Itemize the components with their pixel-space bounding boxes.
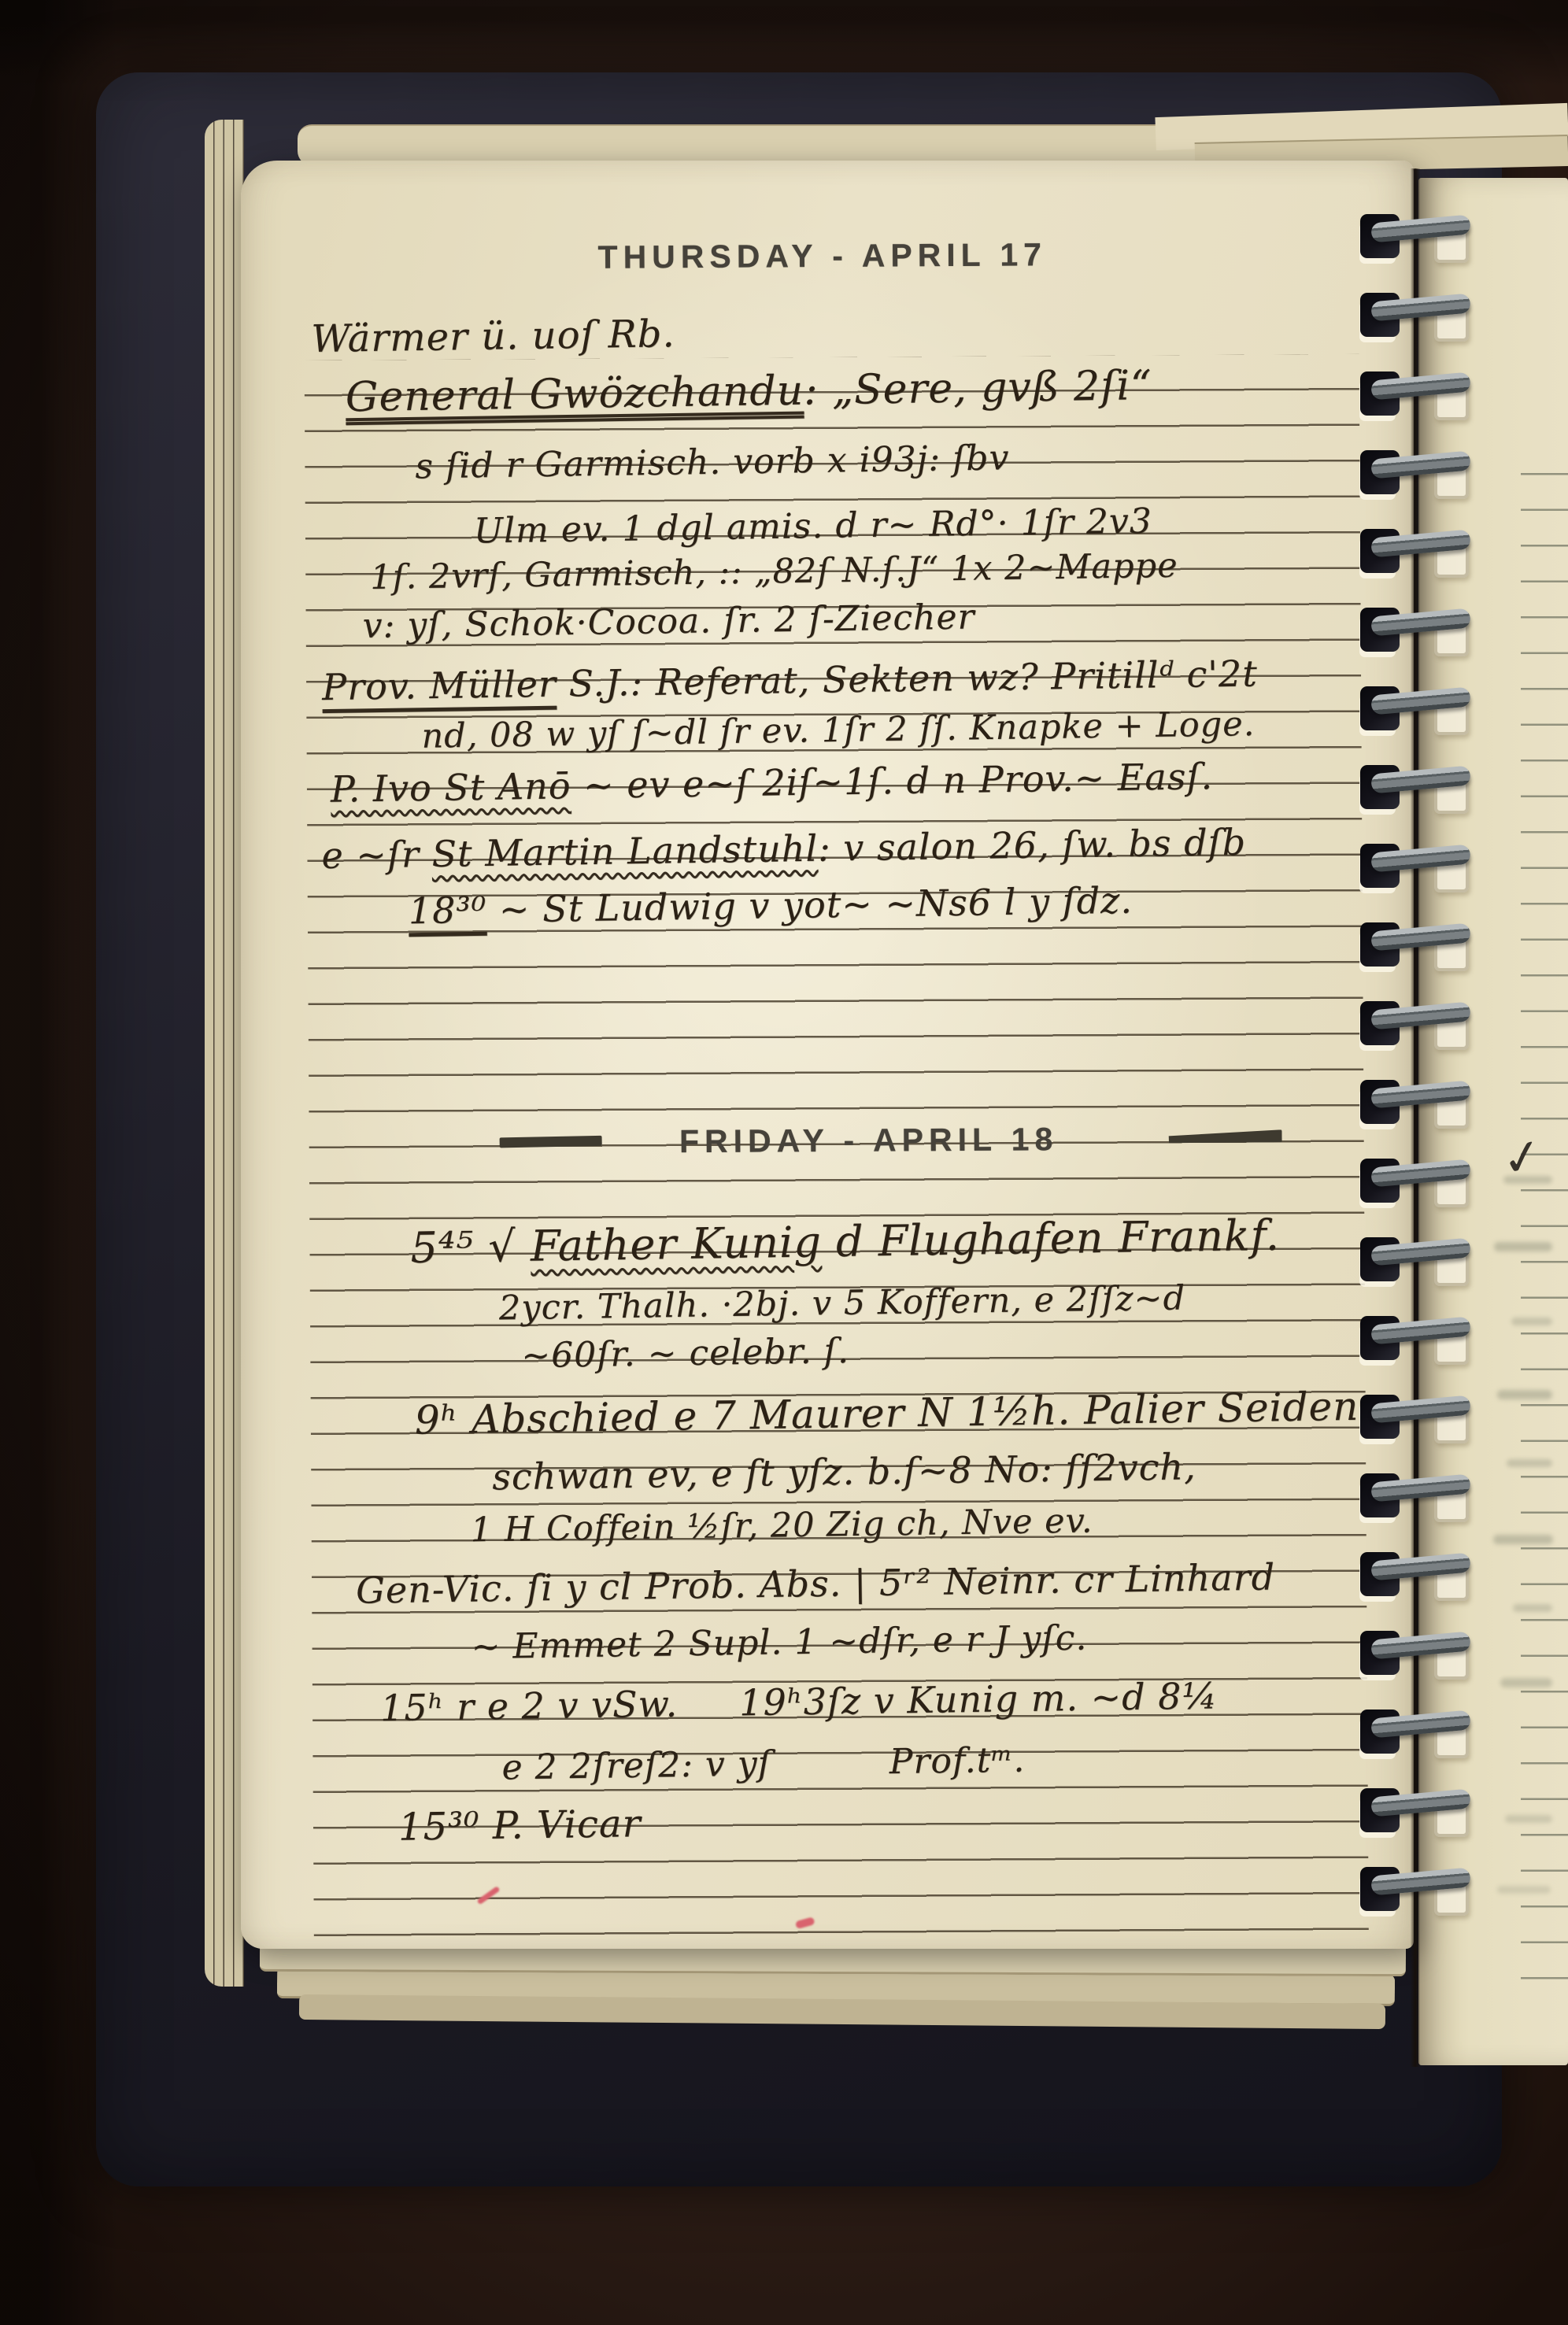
ghost-mark — [1493, 1535, 1553, 1544]
red-pencil-marks — [235, 157, 1419, 1952]
ghost-mark — [1497, 1886, 1551, 1894]
ghost-mark — [1507, 1459, 1552, 1467]
ghost-mark — [1497, 1390, 1552, 1399]
facing-page: ✓ — [1418, 178, 1568, 2065]
ghost-mark — [1511, 1318, 1552, 1325]
ghost-mark — [1500, 1678, 1552, 1687]
red-pencil-mark — [795, 1917, 815, 1929]
ghost-mark — [1505, 1815, 1552, 1823]
ghost-mark — [1494, 1242, 1552, 1251]
page-gap-shadow — [1411, 168, 1420, 2067]
ghost-mark — [1513, 1604, 1552, 1612]
facing-page-ruled-lines — [1521, 439, 1568, 2010]
ghost-mark — [1503, 1176, 1552, 1184]
red-pencil-mark — [476, 1886, 500, 1905]
page-content: THURSDAY - APRIL 17 FRIDAY - APRIL 18 Wä… — [235, 157, 1419, 1952]
diary-page: THURSDAY - APRIL 17 FRIDAY - APRIL 18 Wä… — [241, 161, 1414, 1949]
photo-backdrop: ✓ THURSDAY - APRIL 17 FRIDAY - APRIL 18 … — [0, 0, 1568, 2325]
